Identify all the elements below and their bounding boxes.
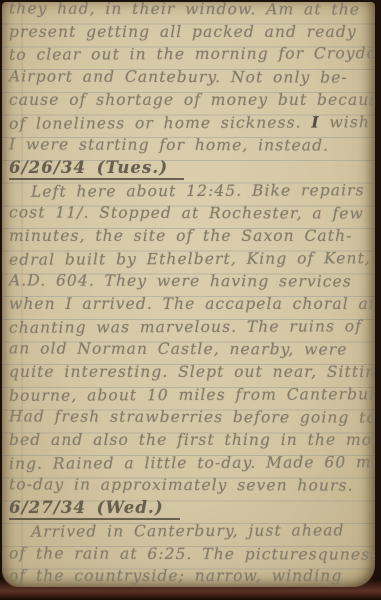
journal-line: cause of shortage of money but because: [9, 89, 371, 112]
line-text: wish: [320, 114, 370, 132]
journal-line: Airport and Cantebury. Not only be-: [9, 65, 371, 89]
overwritten-word: I: [311, 113, 319, 132]
date-heading-text: 6/27/34 (Wed.): [9, 498, 180, 520]
date-heading: 6/26/34 (Tues.): [9, 157, 371, 180]
journal-line: they had, in their window. Am at the: [9, 2, 371, 21]
journal-line: I were starting for home, instead.: [9, 133, 371, 157]
journal-line: Had fresh strawberries before going to: [9, 406, 371, 430]
journal-line: present getting all packed and ready: [9, 21, 371, 44]
journal-line: ing. Rained a little to-day. Made 60 mil…: [9, 451, 371, 475]
journal-line: bourne, about 10 miles from Canterbury.: [9, 383, 371, 407]
journal-line: chanting was marvelous. The ruins of: [9, 315, 371, 339]
line-text: of loneliness or home sickness.: [9, 114, 311, 133]
journal-line: Arrived in Canterbury, just ahead: [9, 519, 371, 543]
diary-photo: they had, in their window. Am at the pre…: [0, 0, 381, 600]
journal-line: of the countryside; narrow, winding: [9, 565, 371, 587]
journal-line: cost 11/. Stopped at Rochester, a few: [9, 202, 371, 226]
journal-line: edral built by Ethelbert, King of Kent,: [9, 247, 371, 271]
journal-line: to clear out in the morning for Croydon: [9, 43, 371, 67]
date-heading: 6/27/34 (Wed.): [9, 497, 371, 520]
date-heading-text: 6/26/34 (Tues.): [9, 158, 184, 180]
journal-line: quite interesting. Slept out near, Sitti…: [9, 361, 371, 384]
journal-page: they had, in their window. Am at the pre…: [2, 2, 375, 587]
journal-line: minutes, the site of the Saxon Cath-: [9, 225, 371, 248]
journal-line: an old Norman Castle, nearby, were: [9, 338, 371, 362]
handwritten-text: they had, in their window. Am at the pre…: [2, 2, 375, 587]
journal-line: Left here about 12:45. Bike repairs: [9, 179, 371, 203]
journal-line: bed and also the first thing in the morn…: [9, 429, 371, 452]
journal-line: to-day in approximately seven hours.: [9, 474, 371, 498]
journal-line: of the rain at 6:25. The picturesquness: [9, 542, 371, 566]
journal-line: of loneliness or home sickness. I wish: [9, 111, 371, 135]
journal-line: A.D. 604. They were having services: [9, 270, 371, 294]
journal-line: when I arrived. The accapela choral and: [9, 293, 371, 316]
